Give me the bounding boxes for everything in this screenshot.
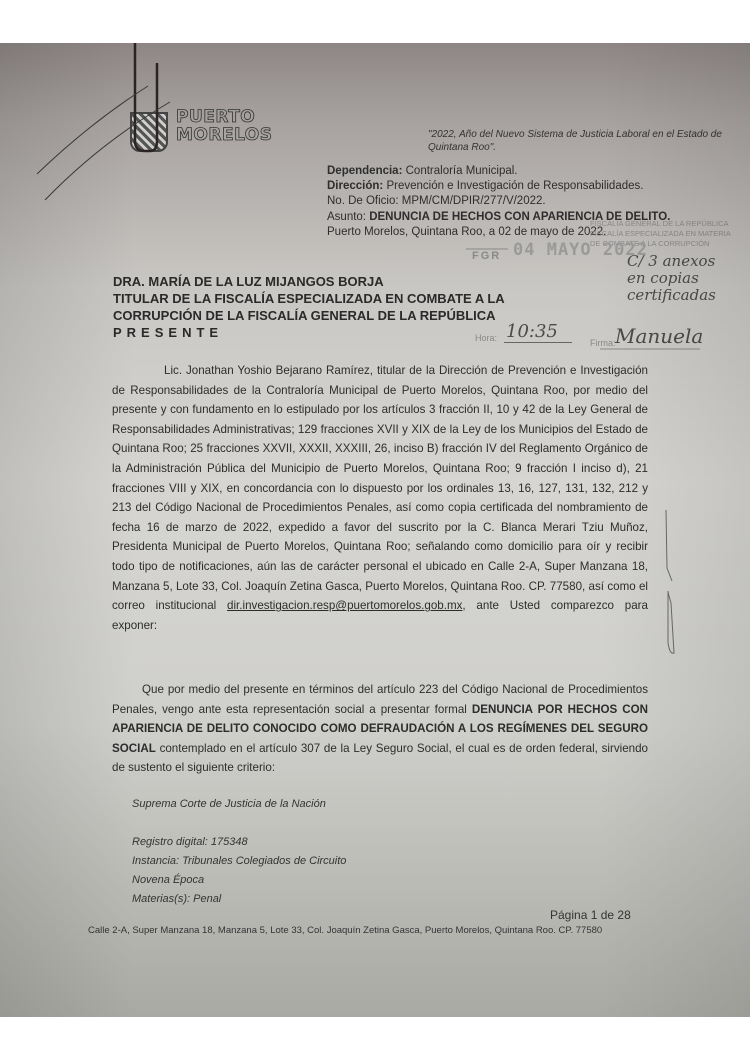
recipient-name: DRA. MARÍA DE LA LUZ MIJANGOS BORJA bbox=[113, 273, 505, 290]
page-number: Página 1 de 28 bbox=[550, 908, 631, 922]
direccion-row: Dirección: Prevención e Investigación de… bbox=[327, 179, 670, 194]
document-photo: PUERTO MORELOS "2022, Año del Nuevo Sist… bbox=[0, 43, 750, 1017]
firma-label: Firma: bbox=[590, 338, 616, 348]
institutional-email-link[interactable]: dir.investigacion.resp@puertomorelos.gob… bbox=[227, 599, 462, 612]
recipient-title-2: CORRUPCIÓN DE LA FISCALÍA GENERAL DE LA … bbox=[113, 307, 505, 324]
body-paragraph-1: Lic. Jonathan Yoshio Bejarano Ramírez, t… bbox=[112, 361, 648, 635]
hora-value: 10:35 bbox=[504, 321, 572, 343]
municipal-shield-icon bbox=[130, 112, 168, 152]
logo-line2: MORELOS bbox=[176, 126, 273, 144]
signature: Manuela bbox=[615, 324, 703, 348]
oficio-row: No. De Oficio: MPM/CM/DPIR/277/V/2022. bbox=[327, 194, 670, 209]
citation-court: Suprema Corte de Justicia de la Nación bbox=[132, 795, 346, 814]
citation-materias: Materias(s): Penal bbox=[132, 890, 346, 909]
margin-signature-icon bbox=[666, 510, 674, 653]
citation-registro: Registro digital: 175348 bbox=[132, 833, 346, 852]
citation-epoca: Novena Época bbox=[132, 871, 346, 890]
presente: PRESENTE bbox=[113, 324, 505, 341]
motto: "2022, Año del Nuevo Sistema de Justicia… bbox=[428, 128, 728, 154]
dependencia-row: Dependencia: Contraloría Municipal. bbox=[327, 164, 670, 179]
recipient-block: DRA. MARÍA DE LA LUZ MIJANGOS BORJA TITU… bbox=[113, 273, 505, 341]
logo-wordmark: PUERTO MORELOS bbox=[176, 108, 273, 144]
citation-instancia: Instancia: Tribunales Colegiados de Circ… bbox=[132, 852, 346, 871]
handwritten-annex-note: C/ 3 anexos en copias certificadas bbox=[627, 253, 716, 304]
footer-address: Calle 2-A, Super Manzana 18, Manzana 5, … bbox=[88, 925, 602, 936]
jurisprudence-citation: Suprema Corte de Justicia de la Nación R… bbox=[132, 795, 346, 909]
recipient-title-1: TITULAR DE LA FISCALÍA ESPECIALIZADA EN … bbox=[113, 290, 505, 307]
body-paragraph-2: Que por medio del presente en términos d… bbox=[112, 680, 648, 778]
fgr-logo-icon: FGR bbox=[472, 251, 501, 261]
logo-line1: PUERTO bbox=[176, 108, 273, 126]
